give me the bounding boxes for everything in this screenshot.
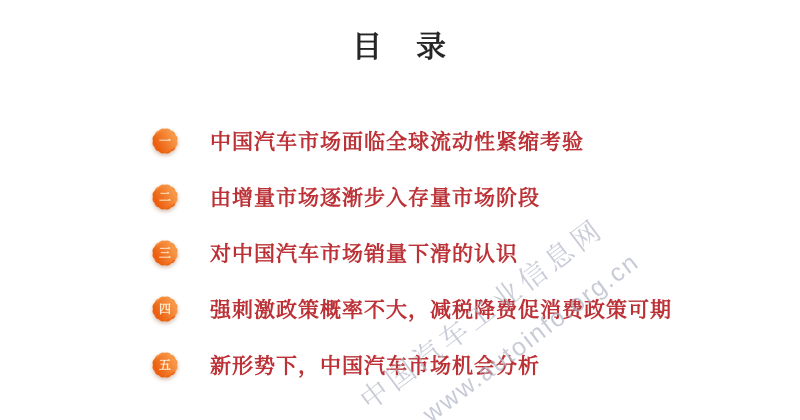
page-title: 目 录 xyxy=(0,22,800,66)
toc-item-1: 一 中国汽车市场面临全球流动性紧缩考验 xyxy=(148,124,672,158)
badge-number: 四 xyxy=(148,292,182,326)
toc-list: 一 中国汽车市场面临全球流动性紧缩考验 二 由增量市场逐渐步入存量市场阶段 xyxy=(148,124,672,382)
seal-badge: 五 xyxy=(148,348,182,382)
badge-number: 一 xyxy=(148,124,182,158)
seal-badge: 四 xyxy=(148,292,182,326)
toc-item-3: 三 对中国汽车市场销量下滑的认识 xyxy=(148,236,672,270)
toc-item-label: 由增量市场逐渐步入存量市场阶段 xyxy=(210,182,540,212)
badge-number: 三 xyxy=(148,236,182,270)
seal-badge: 三 xyxy=(148,236,182,270)
badge-number: 二 xyxy=(148,180,182,214)
toc-item-5: 五 新形势下，中国汽车市场机会分析 xyxy=(148,348,672,382)
toc-item-2: 二 由增量市场逐渐步入存量市场阶段 xyxy=(148,180,672,214)
toc-item-label: 新形势下，中国汽车市场机会分析 xyxy=(210,350,540,380)
toc-item-label: 强刺激政策概率不大，减税降费促消费政策可期 xyxy=(210,294,672,324)
seal-badge: 二 xyxy=(148,180,182,214)
slide-root: 目 录 一 中国汽车市场面临全球流动性紧缩考验 xyxy=(0,0,800,420)
toc-item-label: 中国汽车市场面临全球流动性紧缩考验 xyxy=(210,126,584,156)
seal-badge: 一 xyxy=(148,124,182,158)
toc-item-label: 对中国汽车市场销量下滑的认识 xyxy=(210,238,518,268)
toc-item-4: 四 强刺激政策概率不大，减税降费促消费政策可期 xyxy=(148,292,672,326)
badge-number: 五 xyxy=(148,348,182,382)
